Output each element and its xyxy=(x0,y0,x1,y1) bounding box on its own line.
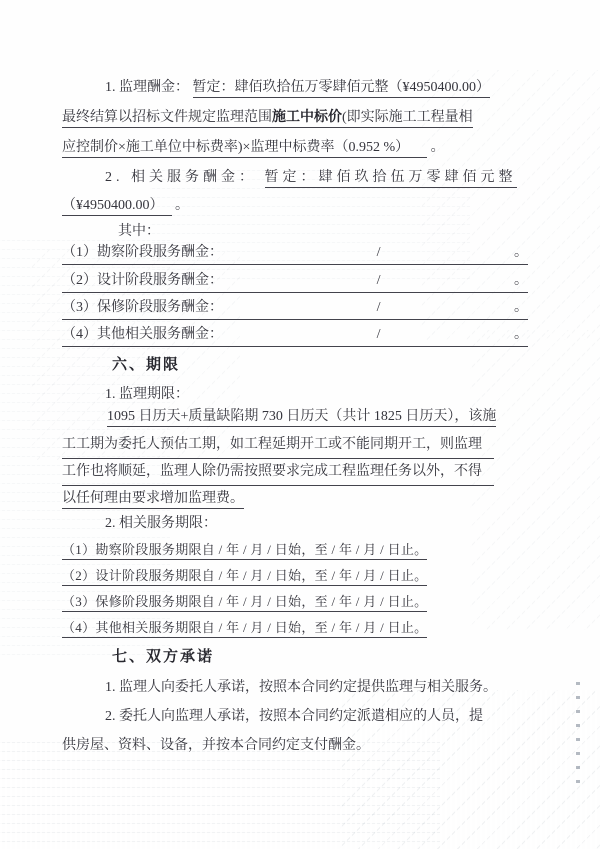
fee-item1-line3: 应控制价×施工单位中标费率)×监理中标费率（0.952 %） 。 xyxy=(62,138,445,157)
line-period: 。 xyxy=(514,299,528,316)
fee-item1-line2-tail: (即实际施工工程量相 xyxy=(342,110,473,125)
contract-page: 1. 监理酬金： 暂定：肆佰玖拾伍万零肆佰元整（¥4950400.00） 最终结… xyxy=(0,0,600,849)
section6-item1-label: 1. 监理期限： xyxy=(105,385,189,404)
monitor-period-line-3: 工作也将顺延，监理人除仍需按照要求完成工程监理任务以外，不得 xyxy=(62,462,494,486)
section7-item2-line1: 2. 委托人向监理人承诺，按照本合同约定派遣相应的人员，提 xyxy=(105,707,483,726)
scan-artifact-marks xyxy=(576,682,580,792)
section6-item2-label: 2. 相关服务期限： xyxy=(105,514,217,533)
service-period-4: （4）其他相关服务期限自 / 年 / 月 / 日始，至 / 年 / 月 / 日止… xyxy=(62,618,427,637)
fee-item2-lead: 2. 相关服务酬金： xyxy=(105,170,257,185)
fee-item1-lead: 1. 监理酬金： xyxy=(105,80,189,95)
fee-sub-item-3: （3）保修阶段服务酬金： / 。 xyxy=(62,299,528,320)
section6-title: 六、期限 xyxy=(112,356,180,375)
blank-slash: / xyxy=(377,326,381,343)
fee-sub-item-1: （1）勘察阶段服务酬金： / 。 xyxy=(62,244,528,265)
fee-item1-line2-pre: 最终结算以招标文件规定监理范围 xyxy=(62,110,272,125)
blank-slash: / xyxy=(377,244,381,261)
among-label: 其中： xyxy=(118,222,160,241)
fee-item1-line3-value: 应控制价×施工单位中标费率)×监理中标费率（0.952 %） xyxy=(62,140,427,158)
service-period-3: （3）保修阶段服务期限自 / 年 / 月 / 日始，至 / 年 / 月 / 日止… xyxy=(62,592,427,611)
fee-item2-value: 暂定：肆佰玖拾伍万零肆佰元整 xyxy=(265,170,517,188)
fee-item1-line2-bold: 施工中标价 xyxy=(272,110,342,125)
service-period-1: （1）勘察阶段服务期限自 / 年 / 月 / 日始，至 / 年 / 月 / 日止… xyxy=(62,540,427,559)
section7-item1: 1. 监理人向委托人承诺，按照本合同约定提供监理与相关服务。 xyxy=(105,678,497,697)
monitor-period-line-1: 1095 日历天+质量缺陷期 730 日历天（共计 1825 日历天），该施 xyxy=(107,407,496,426)
fee-sub-item-label: （2）设计阶段服务酬金： xyxy=(62,272,223,289)
fee-item2-period: 。 xyxy=(175,198,189,213)
section7-item2-line2: 供房屋、资料、设备，并按本合同约定支付酬金。 xyxy=(62,736,370,755)
fee-item1-line3-period: 。 xyxy=(431,140,445,155)
fee-sub-item-label: （1）勘察阶段服务酬金： xyxy=(62,244,223,261)
section7-title: 七、双方承诺 xyxy=(112,648,214,667)
fee-item1-line2: 最终结算以招标文件规定监理范围施工中标价(即实际施工工程量相 xyxy=(62,108,473,127)
blank-slash: / xyxy=(377,299,381,316)
fee-sub-item-label: （4）其他相关服务酬金： xyxy=(62,326,223,343)
fee-sub-item-label: （3）保修阶段服务酬金： xyxy=(62,299,223,316)
fee-item2-line2: （¥4950400.00） 。 xyxy=(62,196,189,215)
monitor-period-line-4: 以任何理由要求增加监理费。 xyxy=(62,489,244,508)
fee-sub-item-2: （2）设计阶段服务酬金： / 。 xyxy=(62,272,528,293)
line-period: 。 xyxy=(514,244,528,261)
line-period: 。 xyxy=(514,272,528,289)
scan-texture xyxy=(0,742,440,849)
line-period: 。 xyxy=(514,326,528,343)
fee-sub-item-4: （4）其他相关服务酬金： / 。 xyxy=(62,326,528,347)
fee-item1-value: 暂定：肆佰玖拾伍万零肆佰元整（¥4950400.00） xyxy=(193,80,491,98)
blank-slash: / xyxy=(377,272,381,289)
fee-item2-amount: （¥4950400.00） xyxy=(62,198,172,216)
fee-item2-line1: 2. 相关服务酬金： 暂定：肆佰玖拾伍万零肆佰元整 xyxy=(105,168,517,187)
monitor-period-line-2: 工工期为委托人预估工期，如工程延期开工或不能同期开工，则监理 xyxy=(62,435,494,459)
fee-item1-line1: 1. 监理酬金： 暂定：肆佰玖拾伍万零肆佰元整（¥4950400.00） xyxy=(105,78,490,97)
service-period-2: （2）设计阶段服务期限自 / 年 / 月 / 日始，至 / 年 / 月 / 日止… xyxy=(62,566,427,585)
